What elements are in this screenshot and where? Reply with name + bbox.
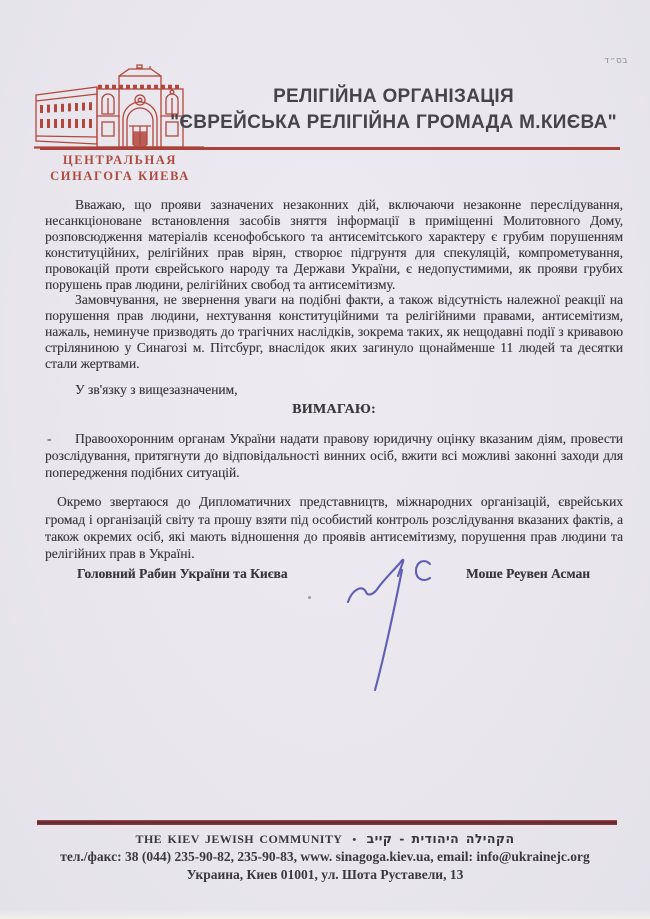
intro-line: У зв'язку з вищезазначеним, (45, 382, 623, 398)
logo-caption-line1: ЦЕНТРАЛЬНАЯ (28, 152, 212, 168)
logo-caption: ЦЕНТРАЛЬНАЯ СИНАГОГА КИЕВА (28, 152, 212, 184)
organization-title: РЕЛІГІЙНА ОРГАНІЗАЦІЯ "ЄВРЕЙСЬКА РЕЛІГІЙ… (155, 84, 632, 136)
hebrew-corner-mark: בס״ד (604, 56, 628, 66)
footer-community-line: THE KIEV JEWISH COMMUNITY•הקהילה היהודית… (0, 831, 650, 847)
logo-caption-line2: СИНАГОГА КИЕВА (28, 168, 212, 184)
scanned-letter-page: בס״ד (0, 0, 650, 919)
org-title-line1: РЕЛІГІЙНА ОРГАНІЗАЦІЯ (155, 84, 632, 110)
org-title-line2: "ЄВРЕЙСЬКА РЕЛІГІЙНА ГРОМАДА М.КИЄВА" (155, 110, 632, 136)
footer-contacts: тел./факс: 38 (044) 235-90-82, 235-90-83… (0, 849, 650, 865)
footer-rule (37, 820, 617, 825)
demand-bullet: - (45, 430, 75, 447)
ink-speck (308, 596, 311, 599)
signatory-name: Моше Реувен Асман (466, 566, 622, 582)
paragraph: Замовчування, не звернення уваги на поді… (45, 292, 623, 372)
community-name-en: THE KIEV JEWISH COMMUNITY (136, 832, 343, 846)
bullet-separator: • (342, 834, 366, 846)
header-rule (40, 147, 620, 150)
community-name-he: הקהילה היהודית - קייב (367, 831, 515, 846)
letter-body: Вважаю, що прояви зазначених незаконних … (45, 197, 623, 562)
demand-heading: ВИМАГАЮ: (45, 401, 623, 418)
demand-item: -Правоохоронним органам України надати п… (45, 430, 623, 482)
footer-address: Украина, Киев 01001, ул. Шота Руставели,… (0, 867, 650, 883)
signatory-title: Головний Рабин України та Києва (45, 566, 288, 582)
signature-ink (330, 550, 445, 700)
paragraph: Вважаю, що прояви зазначених незаконних … (45, 197, 623, 292)
demand-text: Правоохоронним органам України надати пр… (45, 431, 623, 480)
